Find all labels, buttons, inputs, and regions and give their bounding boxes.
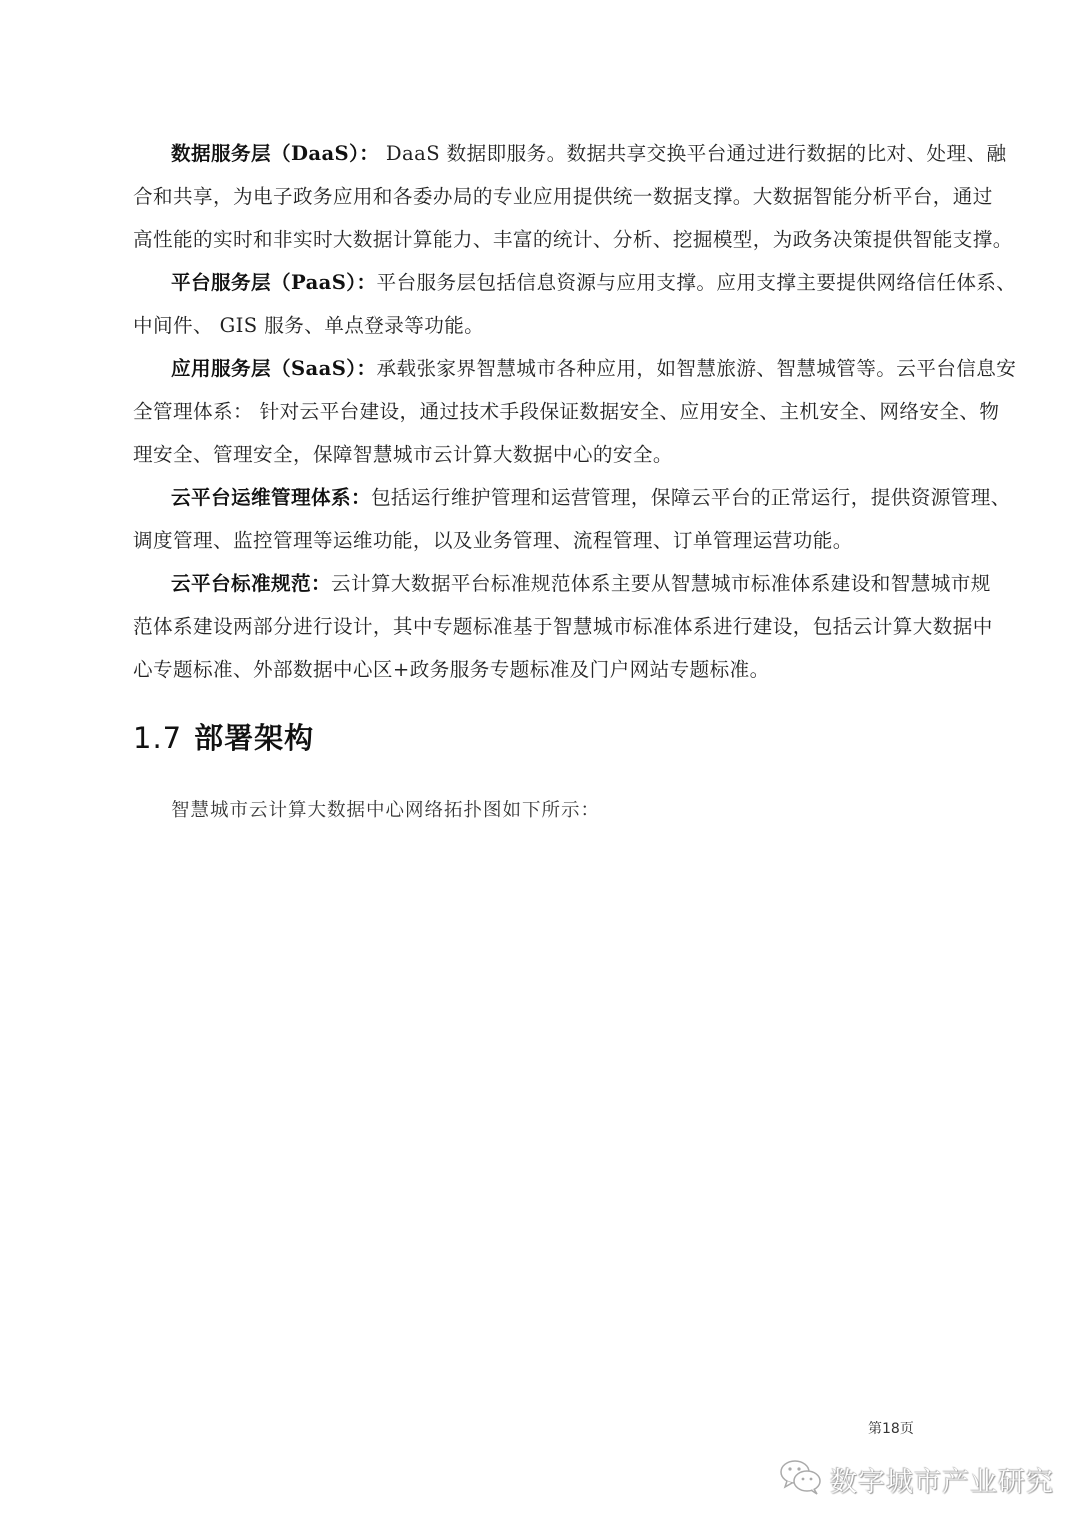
paragraph-saas-line-2: 全管理体系： 针对云平台建设，通过技术手段保证数据安全、应用安全、主机安全、网络…	[133, 400, 948, 424]
paragraph-daas-line-3: 高性能的实时和非实时大数据计算能力、丰富的统计、分析、挖掘模型，为政务决策提供智…	[133, 228, 948, 252]
section-number: 1.7	[133, 721, 182, 755]
section-title: 部署架构	[194, 721, 314, 755]
paragraph-saas-line-1: 应用服务层（SaaS）：承载张家界智慧城市各种应用，如智慧旅游、智慧城管等。云平…	[171, 357, 948, 381]
document-page: 数据服务层（DaaS）： DaaS 数据即服务。数据共享交换平台通过进行数据的比…	[0, 0, 1080, 1526]
paragraph-daas-line-1: 数据服务层（DaaS）： DaaS 数据即服务。数据共享交换平台通过进行数据的比…	[171, 142, 948, 166]
wechat-icon	[778, 1457, 824, 1501]
paragraph-ops-line-1: 云平台运维管理体系：包括运行维护管理和运营管理，保障云平台的正常运行，提供资源管…	[171, 486, 948, 510]
paragraph-ops-label: 云平台运维管理体系：	[171, 486, 371, 509]
paragraph-daas-line-2: 合和共享，为电子政务应用和各委办局的专业应用提供统一数据支撑。大数据智能分析平台…	[133, 185, 948, 209]
paragraph-standards-label: 云平台标准规范：	[171, 572, 331, 595]
watermark: 数字城市产业研究	[778, 1457, 1054, 1501]
page-number: 第18页	[868, 1418, 914, 1438]
paragraph-paas-line-1: 平台服务层（PaaS）：平台服务层包括信息资源与应用支撑。应用支撑主要提供网络信…	[171, 271, 948, 295]
watermark-text: 数字城市产业研究	[830, 1460, 1054, 1499]
intro-text: 智慧城市云计算大数据中心网络拓扑图如下所示：	[171, 796, 600, 822]
paragraph-ops-line-2: 调度管理、监控管理等运维功能，以及业务管理、流程管理、订单管理运营功能。	[133, 529, 948, 553]
paragraph-standards-line-1: 云平台标准规范：云计算大数据平台标准规范体系主要从智慧城市标准体系建设和智慧城市…	[171, 572, 948, 596]
paragraph-saas-label: 应用服务层（SaaS）：	[171, 357, 376, 380]
paragraph-saas-line-3: 理安全、管理安全，保障智慧城市云计算大数据中心的安全。	[133, 443, 948, 467]
paragraph-paas-label: 平台服务层（PaaS）：	[171, 271, 377, 294]
section-heading: 1.7部署架构	[133, 716, 314, 757]
paragraph-daas-label: 数据服务层（DaaS）：	[171, 142, 379, 165]
paragraph-standards-line-2: 范体系建设两部分进行设计，其中专题标准基于智慧城市标准体系进行建设，包括云计算大…	[133, 615, 948, 639]
paragraph-standards-line-3: 心专题标准、外部数据中心区+政务服务专题标准及门户网站专题标准。	[133, 658, 948, 682]
paragraph-paas-line-2: 中间件、 GIS 服务、单点登录等功能。	[133, 314, 948, 338]
